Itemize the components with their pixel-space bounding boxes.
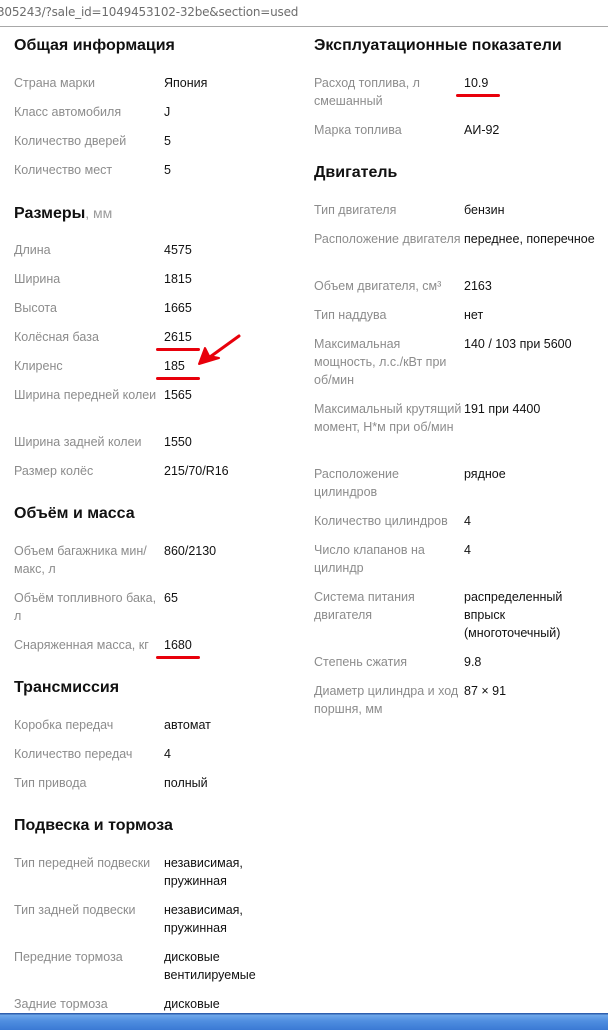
spec-value: 4	[464, 512, 604, 530]
spec-value: 1680	[164, 636, 294, 654]
spec-row: Диаметр цилиндра и ход поршня, мм87 × 91	[314, 682, 604, 718]
spec-row: Передние тормозадисковые вентилируемые	[14, 948, 294, 984]
spec-label: Число клапанов на цилиндр	[314, 541, 464, 577]
spec-row: Тип наддуванет	[314, 306, 604, 324]
spec-value: независимая, пружинная	[164, 901, 294, 937]
spec-row: Размер колёс215/70/R16	[14, 462, 294, 480]
spec-value: Япония	[164, 74, 294, 92]
spec-value: независимая, пружинная	[164, 854, 294, 890]
spec-row: Высота1665	[14, 299, 294, 317]
spec-label: Количество мест	[14, 161, 164, 179]
spec-row: Клиренс185	[14, 357, 294, 375]
spec-label: Коробка передач	[14, 716, 164, 734]
spec-label: Расположение двигателя	[314, 230, 464, 248]
spec-row: Ширина1815	[14, 270, 294, 288]
spec-label: Тип привода	[14, 774, 164, 792]
spec-value: 140 / 103 при 5600	[464, 335, 604, 389]
spec-value: дисковые вентилируемые	[164, 948, 294, 984]
section-title-text: Объём и масса	[14, 505, 135, 522]
windows-taskbar	[0, 1013, 608, 1030]
spec-label: Объем двигателя, см³	[314, 277, 464, 295]
spec-value: полный	[164, 774, 294, 792]
spec-row: Объём топливного бака, л65	[14, 589, 294, 625]
spec-row: Тип передней подвескинезависимая, пружин…	[14, 854, 294, 890]
spec-value: 1665	[164, 299, 294, 317]
spec-label: Количество дверей	[14, 132, 164, 150]
spec-label: Ширина	[14, 270, 164, 288]
section-title: Трансмиссия	[14, 678, 119, 698]
section-title: Двигатель	[314, 163, 397, 183]
red-underline-annotation	[156, 377, 200, 380]
spec-value: 4575	[164, 241, 294, 259]
spec-value: 65	[164, 589, 294, 625]
spec-label: Максимальная мощность, л.с./кВт при об/м…	[314, 335, 464, 389]
spec-value: 191 при 4400	[464, 400, 604, 436]
spec-row: Количество дверей5	[14, 132, 294, 150]
spec-label: Количество цилиндров	[314, 512, 464, 530]
spec-label: Передние тормоза	[14, 948, 164, 984]
spec-value: 5	[164, 161, 294, 179]
spec-value: 860/2130	[164, 542, 294, 578]
spec-row: Максимальный крутящий момент, Н*м при об…	[314, 400, 604, 436]
spec-row: Длина4575	[14, 241, 294, 259]
spec-row: Тип двигателябензин	[314, 201, 604, 219]
section-title: Объём и масса	[14, 504, 135, 524]
spec-row: Ширина задней колеи1550	[14, 433, 294, 451]
spec-row: Ширина передней колеи1565	[14, 386, 294, 404]
spec-row: Марка топливаАИ-92	[314, 121, 604, 139]
spec-row: Коробка передачавтомат	[14, 716, 294, 734]
spec-label: Колёсная база	[14, 328, 164, 346]
spec-label: Объем багажника мин/макс, л	[14, 542, 164, 578]
section-title-text: Двигатель	[314, 164, 397, 181]
spec-label: Максимальный крутящий момент, Н*м при об…	[314, 400, 464, 436]
spec-value: J	[164, 103, 294, 121]
spec-value: бензин	[464, 201, 604, 219]
spec-row: Колёсная база2615	[14, 328, 294, 346]
spec-row: Объем багажника мин/макс, л860/2130	[14, 542, 294, 578]
spec-value: 1565	[164, 386, 294, 404]
spec-value: дисковые	[164, 995, 294, 1013]
spec-label: Тип задней подвески	[14, 901, 164, 937]
section-title-text: Трансмиссия	[14, 679, 119, 696]
spec-label: Длина	[14, 241, 164, 259]
spec-value: нет	[464, 306, 604, 324]
spec-value: переднее, поперечное	[464, 230, 604, 248]
spec-value: распределенный впрыск (многоточечный)	[464, 588, 604, 642]
spec-label: Количество передач	[14, 745, 164, 763]
spec-label: Расположение цилиндров	[314, 465, 464, 501]
spec-label: Диаметр цилиндра и ход поршня, мм	[314, 682, 464, 718]
spec-value: автомат	[164, 716, 294, 734]
spec-row: Степень сжатия9.8	[314, 653, 604, 671]
section-title-text: Размеры	[14, 205, 85, 222]
section-title-text: Эксплуатационные показатели	[314, 37, 562, 54]
spec-value: 9.8	[464, 653, 604, 671]
section-title: Размеры, мм	[14, 203, 112, 223]
spec-label: Система питания двигателя	[314, 588, 464, 642]
spec-value: 5	[164, 132, 294, 150]
spec-label: Задние тормоза	[14, 995, 164, 1013]
spec-row: Количество мест5	[14, 161, 294, 179]
red-underline-annotation	[156, 348, 200, 351]
spec-value: 4	[164, 745, 294, 763]
spec-row: Тип приводаполный	[14, 774, 294, 792]
spec-row: Количество передач4	[14, 745, 294, 763]
spec-label: Ширина задней колеи	[14, 433, 164, 451]
spec-label: Страна марки	[14, 74, 164, 92]
spec-value: рядное	[464, 465, 604, 501]
section-title: Подвеска и тормоза	[14, 816, 173, 836]
spec-label: Объём топливного бака, л	[14, 589, 164, 625]
spec-row: Снаряженная масса, кг1680	[14, 636, 294, 654]
spec-label: Тип передней подвески	[14, 854, 164, 890]
spec-row: Максимальная мощность, л.с./кВт при об/м…	[314, 335, 604, 389]
spec-value: 215/70/R16	[164, 462, 294, 480]
red-underline-annotation	[156, 656, 200, 659]
spec-label: Тип двигателя	[314, 201, 464, 219]
spec-row: Класс автомобиляJ	[14, 103, 294, 121]
spec-label: Высота	[14, 299, 164, 317]
spec-value: 1815	[164, 270, 294, 288]
address-bar[interactable]: 305243/?sale_id=1049453102-32be&section=…	[0, 0, 608, 27]
spec-value: 2163	[464, 277, 604, 295]
spec-label: Размер колёс	[14, 462, 164, 480]
spec-row: Объем двигателя, см³2163	[314, 277, 604, 295]
red-underline-annotation	[456, 94, 500, 97]
spec-row: Тип задней подвескинезависимая, пружинна…	[14, 901, 294, 937]
red-arrow-annotation	[195, 332, 243, 372]
spec-label: Степень сжатия	[314, 653, 464, 671]
spec-value: АИ-92	[464, 121, 604, 139]
spec-row: Расположение цилиндроврядное	[314, 465, 604, 501]
url-text[interactable]: 305243/?sale_id=1049453102-32be&section=…	[0, 5, 298, 19]
spec-label: Снаряженная масса, кг	[14, 636, 164, 654]
spec-row: Задние тормозадисковые	[14, 995, 294, 1013]
spec-label: Ширина передней колеи	[14, 386, 164, 404]
spec-label: Класс автомобиля	[14, 103, 164, 121]
section-title-text: Подвеска и тормоза	[14, 817, 173, 834]
spec-row: Количество цилиндров4	[314, 512, 604, 530]
spec-row: Расход топлива, л смешанный10.9	[314, 74, 604, 110]
spec-value: 4	[464, 541, 604, 577]
spec-row: Страна маркиЯпония	[14, 74, 294, 92]
spec-row: Расположение двигателяпереднее, поперечн…	[314, 230, 604, 248]
spec-label: Расход топлива, л смешанный	[314, 74, 464, 110]
section-title-text: Общая информация	[14, 37, 175, 54]
spec-value: 87 × 91	[464, 682, 604, 718]
spec-value: 1550	[164, 433, 294, 451]
spec-row: Число клапанов на цилиндр4	[314, 541, 604, 577]
spec-label: Тип наддува	[314, 306, 464, 324]
spec-row: Система питания двигателяраспределенный …	[314, 588, 604, 642]
spec-label: Марка топлива	[314, 121, 464, 139]
spec-label: Клиренс	[14, 357, 164, 375]
section-title-unit: , мм	[85, 205, 112, 221]
section-title: Общая информация	[14, 36, 175, 56]
section-title: Эксплуатационные показатели	[314, 36, 562, 56]
spec-value: 10.9	[464, 74, 604, 110]
